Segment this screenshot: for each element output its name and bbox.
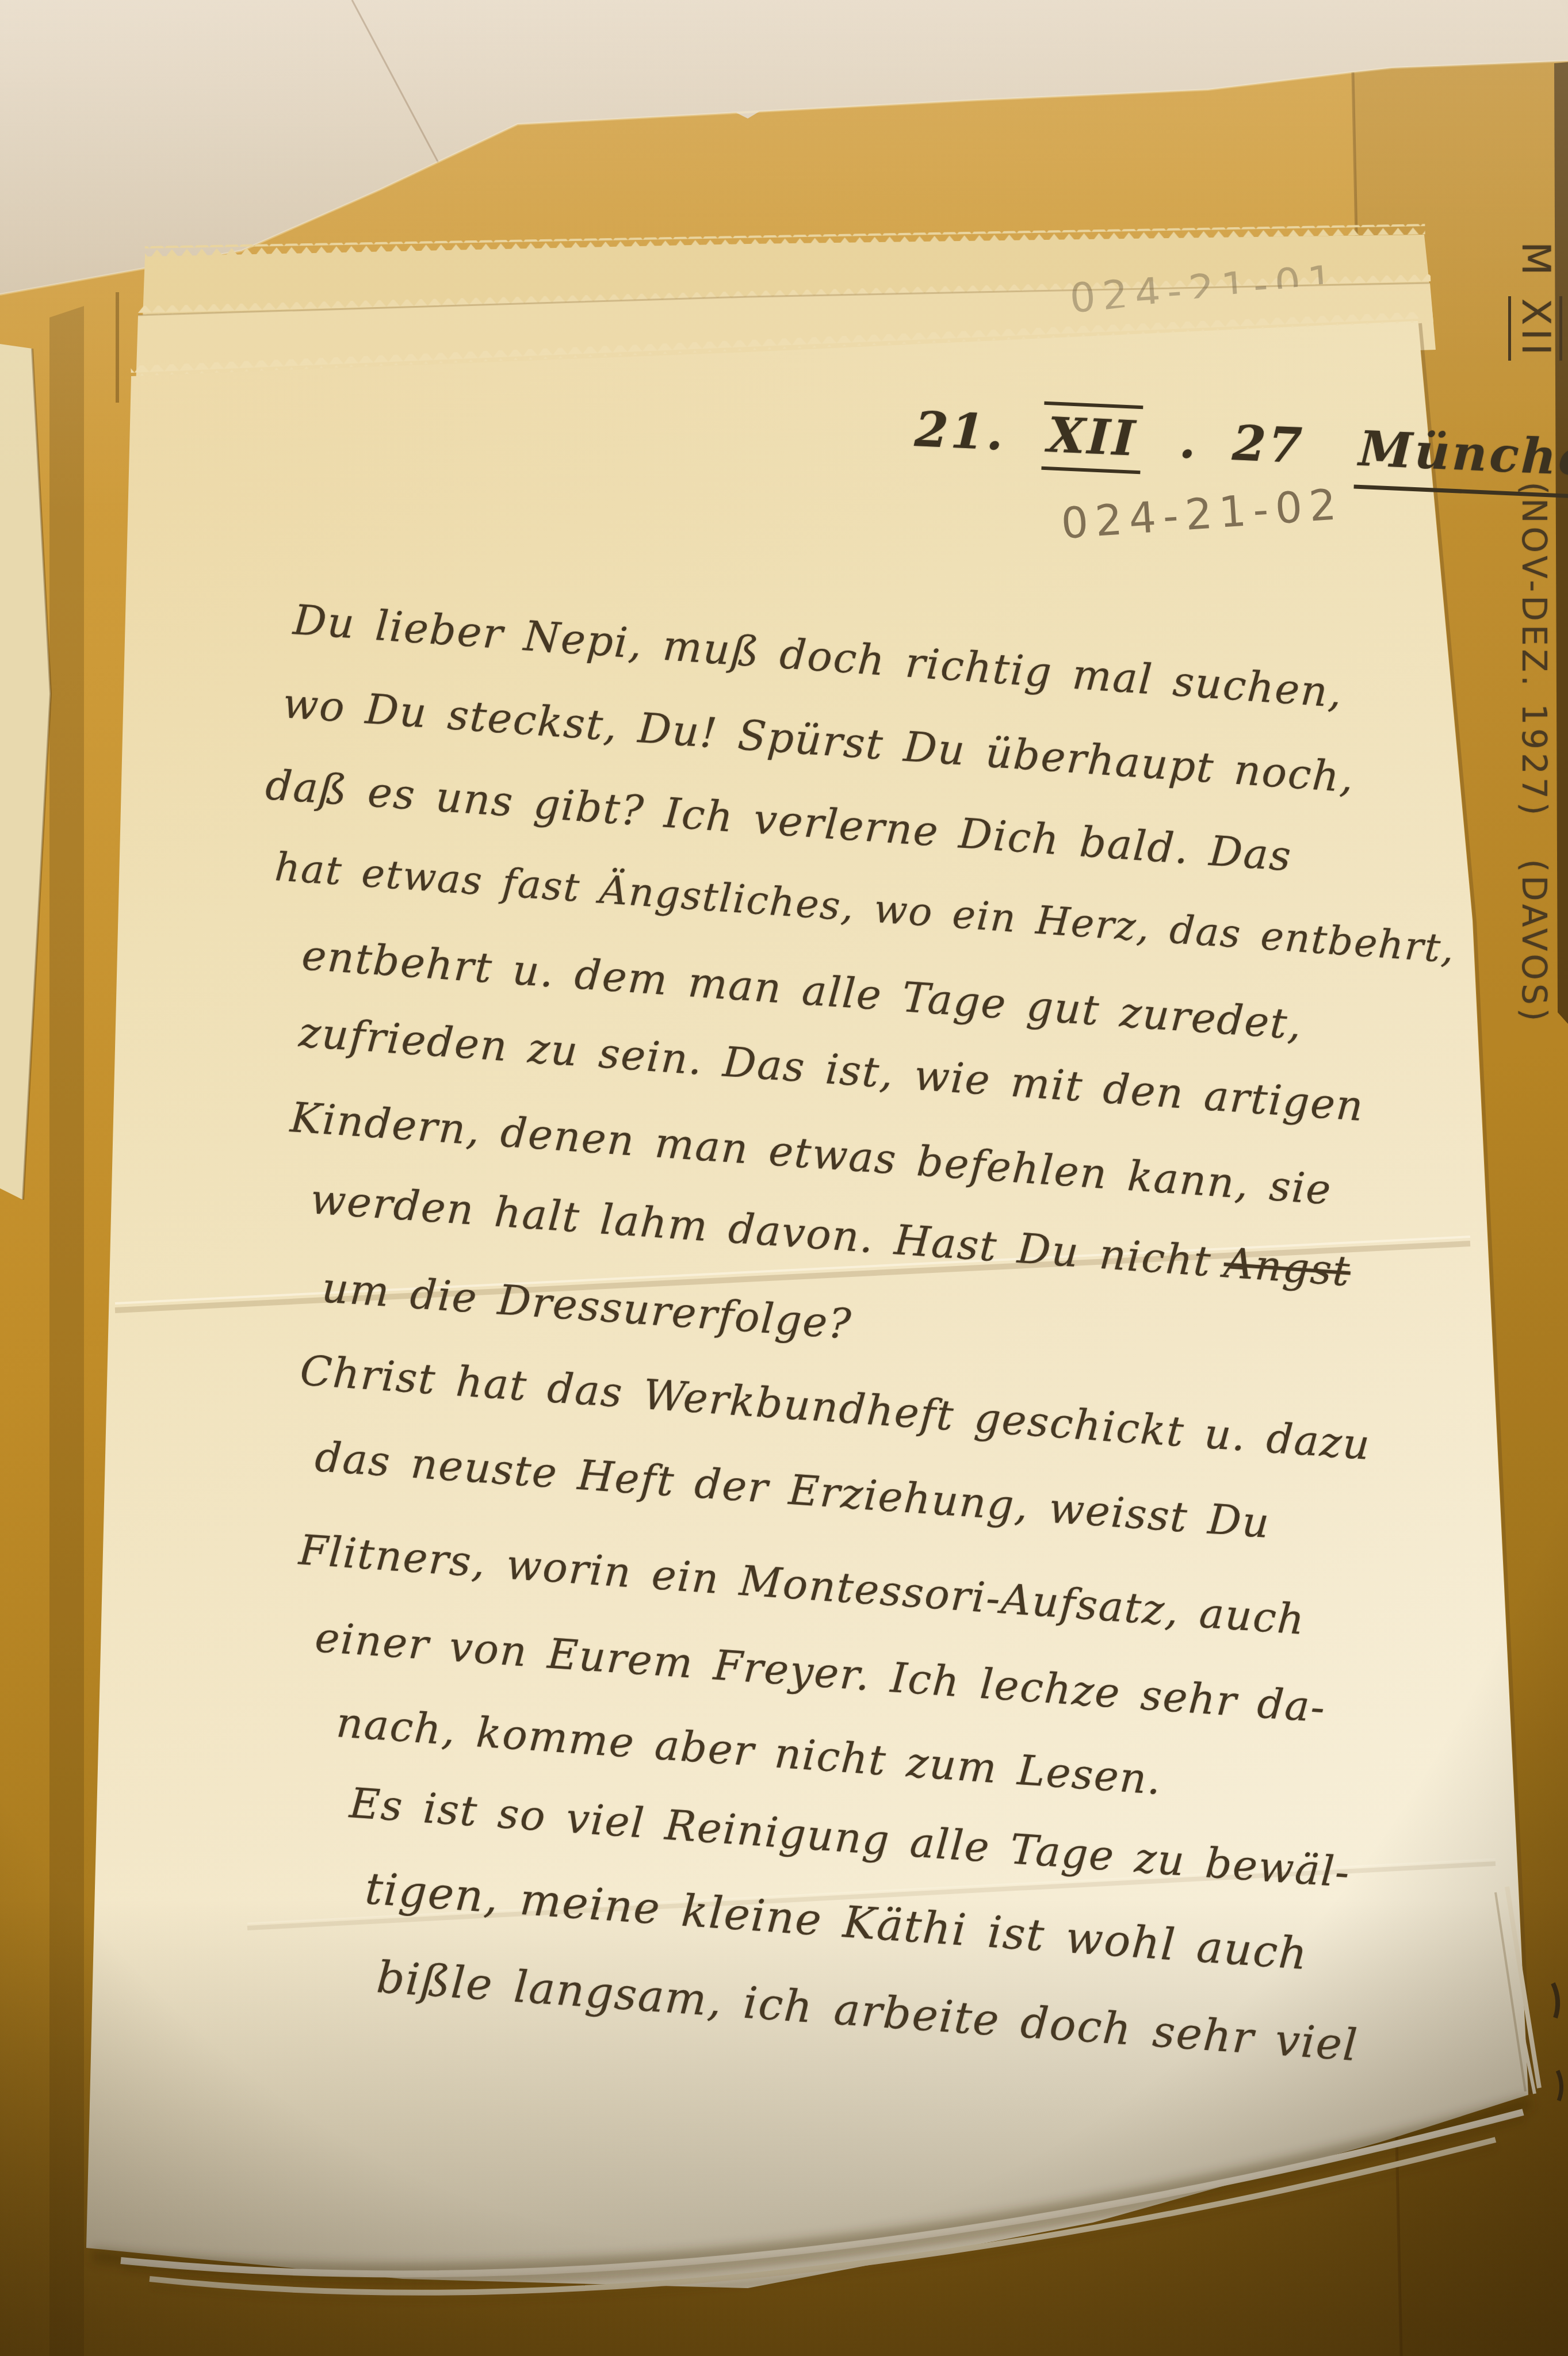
spine-date-range: (NOV-DEZ. 1927) [1515, 481, 1554, 819]
folder-spine-label: MXII(NOV-DEZ. 1927)(DAVOS) [1508, 242, 1562, 1024]
spine-place: (DAVOS) [1515, 859, 1554, 1024]
spine-series: M [1513, 242, 1558, 279]
date-year: . 27 [1178, 412, 1306, 474]
spine-volume-roman: XII [1508, 296, 1562, 361]
date-day: 21. [913, 400, 1007, 461]
date-month-roman: XII [1042, 401, 1144, 474]
struck-word: Angst [1222, 1238, 1352, 1295]
archive-photo: 024-21-01 21. XII . 27 München 024-21-02… [0, 0, 1568, 2356]
